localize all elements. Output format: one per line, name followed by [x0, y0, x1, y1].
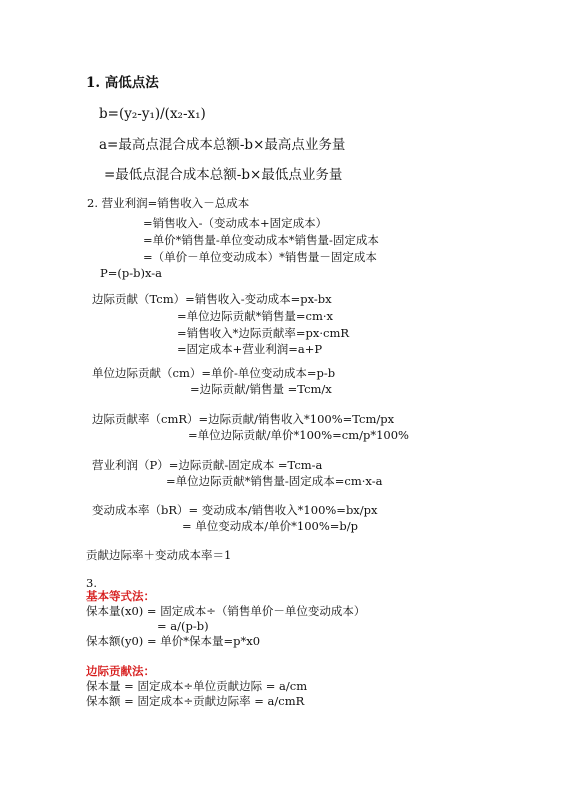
section1-title: 1. 高低点法: [86, 75, 159, 91]
operating-profit-line-1: 营业利润（P）=边际贡献-固定成本 =Tcm-a: [92, 458, 322, 472]
breakeven-quantity-result: = a/(p-b): [157, 619, 209, 633]
tcm-line-4: =固定成本+营业利润=a+P: [177, 342, 322, 356]
section3-title: 3.: [86, 576, 97, 590]
cmr-line-2: =单位边际贡献/单价*100%=cm/p*100%: [188, 428, 409, 442]
breakeven-quantity-line: 保本量(x0) = 固定成本÷（销售单价－单位变动成本）: [86, 604, 365, 618]
profit-line-3: =（单价－单位变动成本）*销售量－固定成本: [143, 250, 377, 264]
contribution-margin-method-title: 边际贡献法：: [86, 664, 155, 678]
slope-formula: b=(y₂-y₁)/(x₂-x₁): [99, 106, 206, 122]
tcm-line-2: =单位边际贡献*销售量=cm·x: [177, 309, 333, 323]
profit-line-1: =销售收入-（变动成本+固定成本）: [143, 216, 327, 230]
cm-breakeven-quantity: 保本量 = 固定成本÷单位贡献边际 = a/cm: [86, 679, 307, 693]
breakeven-amount-line: 保本额(y0) = 单价*保本量=p*x0: [86, 634, 260, 648]
intercept-formula-high: a=最高点混合成本总额-b×最高点业务量: [99, 137, 345, 153]
cm-line-2: =边际贡献/销售量 =Tcm/x: [190, 382, 332, 396]
tcm-line-3: =销售收入*边际贡献率=px·cmR: [177, 326, 349, 340]
basic-equation-method-title: 基本等式法：: [86, 589, 155, 603]
p-formula: P=(p-b)x-a: [100, 266, 162, 280]
cm-breakeven-amount: 保本额 = 固定成本÷贡献边际率 = a/cmR: [86, 694, 304, 708]
profit-line-2: =单价*销售量-单位变动成本*销售量-固定成本: [143, 233, 379, 247]
br-line-1: 变动成本率（bR）= 变动成本/销售收入*100%=bx/px: [92, 503, 378, 517]
section2-title: 2. 营业利润=销售收入－总成本: [87, 196, 249, 210]
intercept-formula-low: =最低点混合成本总额-b×最低点业务量: [104, 167, 342, 183]
br-line-2: = 单位变动成本/单价*100%=b/p: [182, 519, 358, 533]
operating-profit-line-2: =单位边际贡献*销售量-固定成本=cm·x-a: [166, 474, 382, 488]
cm-line-1: 单位边际贡献（cm）=单价-单位变动成本=p-b: [92, 366, 335, 380]
rate-identity: 贡献边际率＋变动成本率＝1: [86, 548, 231, 562]
tcm-line-1: 边际贡献（Tcm）=销售收入-变动成本=px-bx: [92, 292, 332, 306]
cmr-line-1: 边际贡献率（cmR）=边际贡献/销售收入*100%=Tcm/px: [92, 412, 394, 426]
